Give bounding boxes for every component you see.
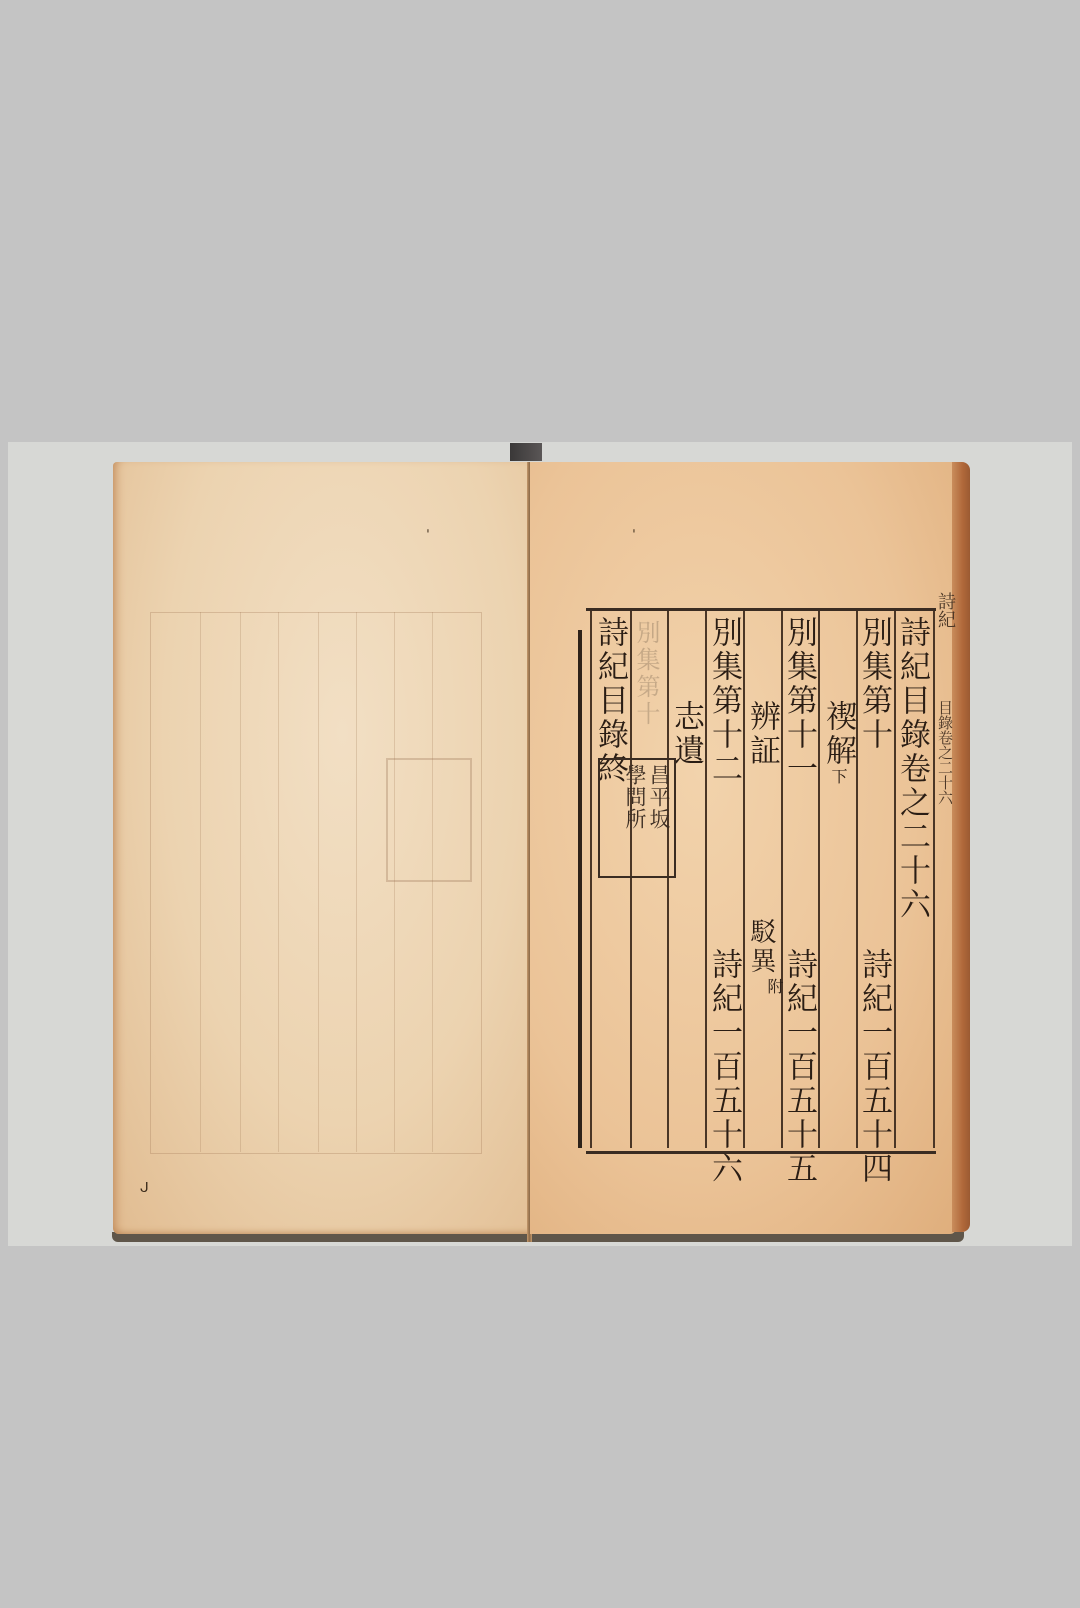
page-reference: 詩紀一百五十五 bbox=[783, 948, 814, 1186]
ghost-rule bbox=[432, 612, 433, 1152]
show-through-text: 別集第十 bbox=[634, 620, 658, 728]
ghost-rule bbox=[318, 612, 319, 1152]
column-rule bbox=[818, 611, 820, 1148]
seal-text-right: 昌平坂 bbox=[648, 764, 670, 872]
ink-mark: ᒍ bbox=[140, 1180, 149, 1196]
ghost-rule bbox=[394, 612, 395, 1152]
ink-speck: ˈ bbox=[426, 528, 430, 544]
ghost-rule bbox=[356, 612, 357, 1152]
ghost-rule bbox=[278, 612, 279, 1152]
entry-note: 下 bbox=[830, 768, 846, 784]
section-heading: 別集第十二 bbox=[708, 616, 739, 786]
ink-speck: ˈ bbox=[632, 528, 636, 544]
fold-margin-title: 詩紀 bbox=[936, 592, 954, 628]
library-seal: 昌平坂 學問所 bbox=[598, 758, 676, 878]
entry-title: 辨証 bbox=[746, 700, 777, 768]
ghost-rule bbox=[200, 612, 201, 1152]
spine-tab bbox=[510, 443, 542, 461]
fold-margin-volume: 目錄卷之二十六 bbox=[937, 700, 952, 805]
section-heading: 別集第十 bbox=[858, 616, 889, 752]
left-page-show-through-seal bbox=[386, 758, 472, 882]
column-rule bbox=[743, 611, 745, 1148]
entry-title: 禊解 bbox=[822, 700, 853, 768]
column-rule bbox=[667, 611, 669, 1148]
volume-title: 詩紀目錄卷之二十六 bbox=[896, 616, 927, 922]
entry-title: 駁異 bbox=[748, 918, 774, 976]
section-heading: 別集第十一 bbox=[783, 616, 814, 786]
frame-border-left bbox=[578, 630, 582, 1148]
column-rule bbox=[933, 611, 935, 1148]
ghost-rule bbox=[240, 612, 241, 1152]
entry-note: 附 bbox=[766, 978, 782, 994]
page-edge bbox=[952, 462, 970, 1232]
page-reference: 詩紀一百五十六 bbox=[708, 948, 739, 1186]
seal-text-left: 學問所 bbox=[624, 764, 646, 872]
page-reference: 詩紀一百五十四 bbox=[858, 948, 889, 1186]
